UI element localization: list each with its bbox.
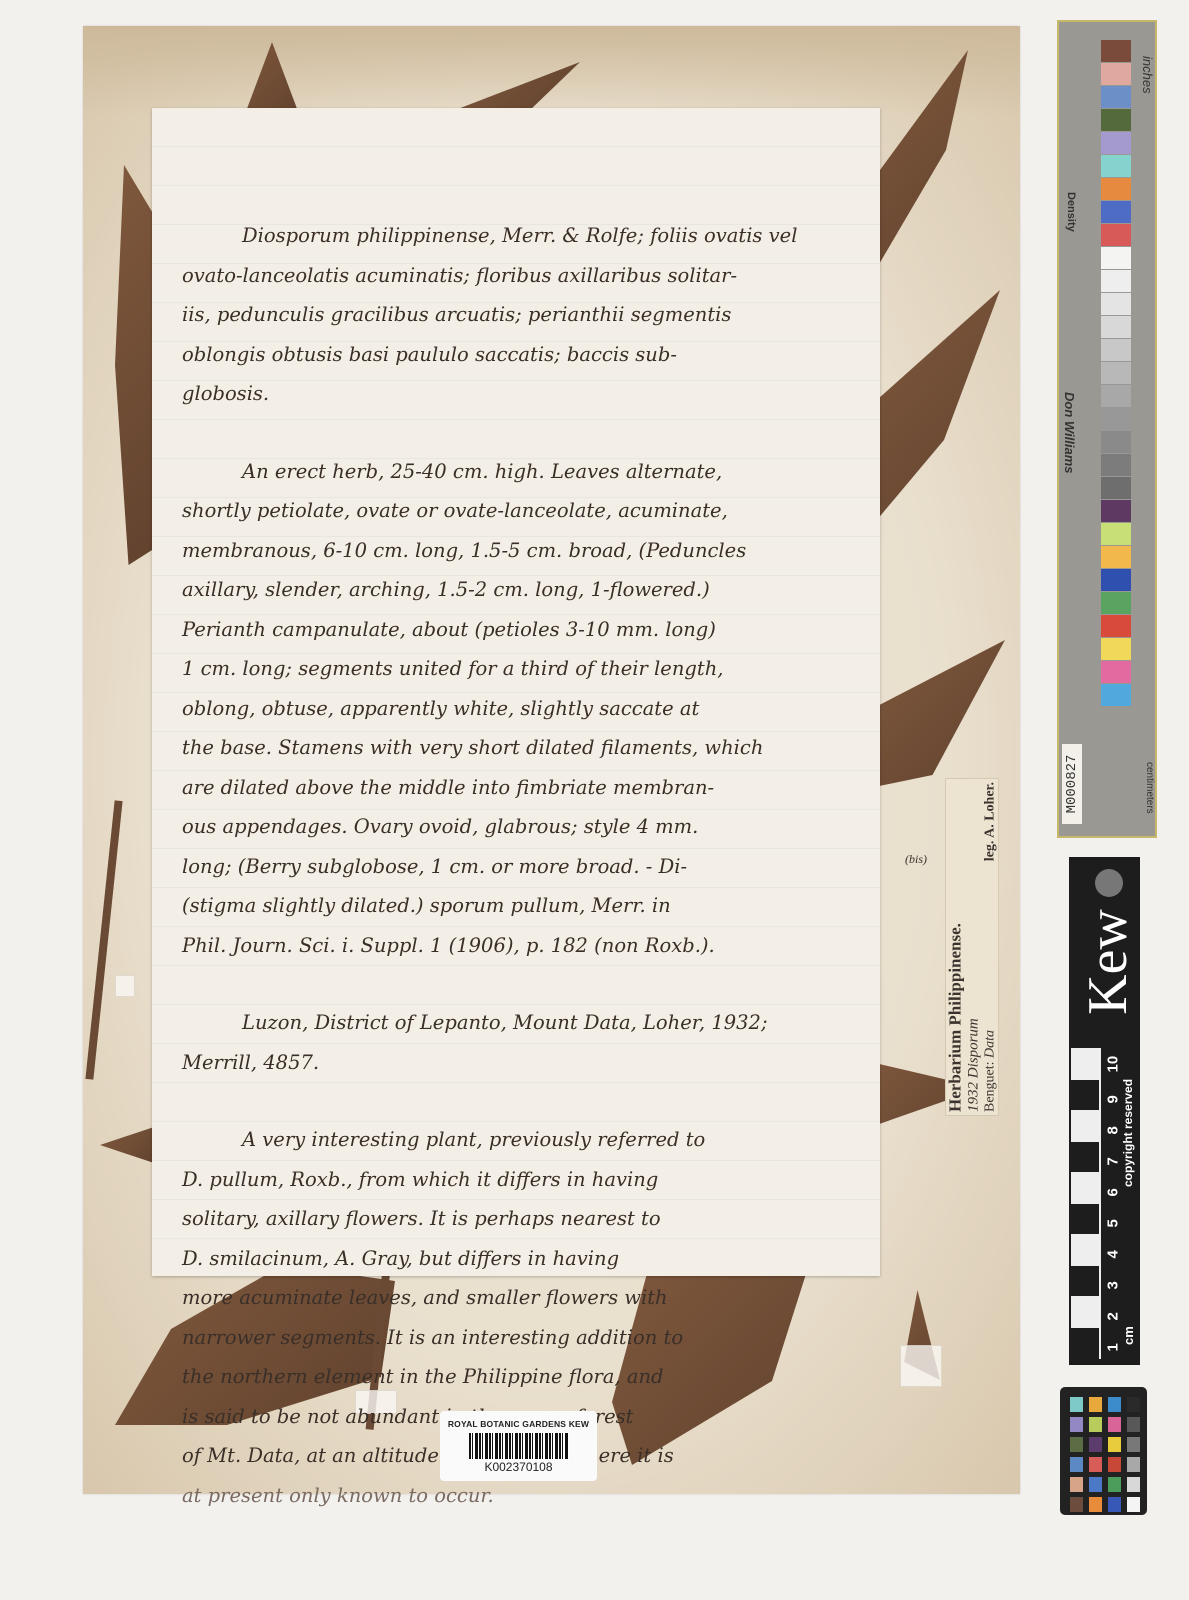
density-label: Density — [1065, 192, 1077, 232]
handwritten-note-paper: Diosporum philippinense, Merr. & Rolfe; … — [152, 108, 880, 1276]
note-line: iis, pedunculis gracilibus arcuatis; per… — [122, 295, 860, 335]
note-line: D. smilacinum, A. Gray, but differs in h… — [122, 1239, 860, 1279]
latin-diagnosis: Diosporum philippinense, Merr. & Rolfe; … — [182, 216, 860, 414]
scale-segment — [1071, 1172, 1101, 1204]
color-swatch — [1101, 523, 1131, 545]
barcode-icon — [469, 1433, 569, 1459]
mounting-tape — [115, 975, 135, 997]
color-chip — [1108, 1497, 1121, 1512]
note-line: Merrill, 4857. — [122, 1043, 860, 1083]
color-chip — [1127, 1497, 1140, 1512]
label-locality: Data — [983, 1030, 998, 1058]
scale-segment — [1071, 1203, 1101, 1235]
note-line: at present only known to occur. — [122, 1476, 860, 1516]
color-swatch — [1101, 477, 1131, 499]
color-chip — [1108, 1457, 1121, 1472]
color-chip — [1089, 1477, 1102, 1492]
color-swatch — [1101, 247, 1131, 269]
color-swatch — [1101, 270, 1131, 292]
color-swatch — [1101, 500, 1131, 522]
note-line: (stigma slightly dilated.) sporum pullum… — [122, 886, 860, 926]
note-line: Diosporum philippinense, Merr. & Rolfe; … — [182, 216, 860, 256]
color-swatch — [1101, 201, 1131, 223]
scale-segment — [1071, 1234, 1101, 1266]
color-swatch — [1101, 293, 1131, 315]
bis-annotation: (bis) — [905, 852, 927, 867]
color-swatch — [1101, 109, 1131, 131]
color-swatch — [1101, 155, 1131, 177]
color-chip — [1070, 1437, 1083, 1452]
scale-number: 6 — [1105, 1177, 1122, 1197]
note-line: solitary, axillary flowers. It is perhap… — [122, 1199, 860, 1239]
note-line: 1 cm. long; segments united for a third … — [122, 649, 860, 689]
scale-number: 10 — [1105, 1053, 1122, 1073]
note-line: axillary, slender, arching, 1.5-2 cm. lo… — [122, 570, 860, 610]
note-line: membranous, 6-10 cm. long, 1.5-5 cm. bro… — [122, 531, 860, 571]
color-swatch — [1101, 638, 1131, 660]
strip-id: M000827 — [1062, 744, 1082, 824]
english-description: An erect herb, 25-40 cm. high. Leaves al… — [182, 452, 860, 966]
color-swatch — [1101, 592, 1131, 614]
color-swatch — [1101, 86, 1131, 108]
scale-segment — [1071, 1327, 1101, 1359]
color-chip — [1089, 1397, 1102, 1412]
color-swatch — [1101, 546, 1131, 568]
color-chip — [1089, 1437, 1102, 1452]
label-collector: leg. A. Loher. — [983, 782, 999, 861]
color-chip — [1070, 1477, 1083, 1492]
color-swatch — [1101, 40, 1131, 62]
mounting-tape — [900, 1345, 942, 1387]
scale-number: 7 — [1105, 1146, 1122, 1166]
note-line: oblongis obtusis basi paululo saccatis; … — [122, 335, 860, 375]
color-swatch — [1101, 132, 1131, 154]
note-line: shortly petiolate, ovate or ovate-lanceo… — [122, 491, 860, 531]
color-swatch — [1101, 454, 1131, 476]
color-swatch — [1101, 615, 1131, 637]
kew-logo: Kew — [1083, 869, 1133, 1019]
color-swatch — [1101, 339, 1131, 361]
scale-number: 2 — [1105, 1301, 1122, 1321]
color-chip — [1070, 1397, 1083, 1412]
note-line: ous appendages. Ovary ovoid, glabrous; s… — [122, 807, 860, 847]
crest-icon — [1095, 869, 1123, 897]
color-swatch — [1101, 569, 1131, 591]
color-swatch — [1101, 385, 1131, 407]
note-line: globosis. — [122, 374, 860, 414]
scale-segment — [1071, 1296, 1101, 1328]
color-checker-card — [1060, 1387, 1147, 1515]
kew-brand: Kew — [1076, 909, 1140, 1015]
color-chip — [1108, 1477, 1121, 1492]
barcode-label: ROYAL BOTANIC GARDENS KEW K002370108 — [440, 1411, 597, 1481]
barcode-number: K002370108 — [440, 1460, 597, 1474]
institution-name: ROYAL BOTANIC GARDENS KEW — [440, 1419, 597, 1429]
color-chip — [1089, 1497, 1102, 1512]
centimeters-label: centimeters — [1144, 762, 1155, 814]
scale-segment — [1071, 1079, 1101, 1111]
color-chip — [1127, 1417, 1140, 1432]
scale-number: 9 — [1105, 1084, 1122, 1104]
color-swatch — [1101, 316, 1131, 338]
note-line: D. pullum, Roxb., from which it differs … — [122, 1160, 860, 1200]
color-swatch — [1101, 684, 1131, 706]
scale-segment — [1071, 1048, 1101, 1080]
color-reference-strip: inches Density Don Williams centimeters — [1057, 20, 1157, 838]
color-chip — [1127, 1477, 1140, 1492]
strip-id-text: M000827 — [1064, 755, 1080, 814]
note-line: long; (Berry subglobose, 1 cm. or more b… — [122, 847, 860, 887]
color-swatch — [1101, 63, 1131, 85]
color-swatch — [1101, 408, 1131, 430]
note-line: Perianth campanulate, about (petioles 3-… — [122, 610, 860, 650]
color-chip — [1108, 1397, 1121, 1412]
kew-scale-bar: Kew 12345678910 copyright reserved cm — [1069, 857, 1140, 1365]
scale-number: 1 — [1105, 1332, 1122, 1352]
note-line: are dilated above the middle into fimbri… — [122, 768, 860, 808]
scale-number: 3 — [1105, 1270, 1122, 1290]
note-line: Phil. Journ. Sci. i. Suppl. 1 (1906), p.… — [122, 926, 860, 966]
color-chip — [1070, 1417, 1083, 1432]
color-chip — [1108, 1437, 1121, 1452]
note-line: the northern element in the Philippine f… — [122, 1357, 860, 1397]
note-line: narrower segments. It is an interesting … — [122, 1318, 860, 1358]
color-chip — [1070, 1457, 1083, 1472]
note-line: A very interesting plant, previously ref… — [182, 1120, 860, 1160]
color-chip — [1108, 1417, 1121, 1432]
color-swatches — [1101, 40, 1131, 707]
inches-label: inches — [1140, 56, 1155, 94]
scale-segment — [1071, 1110, 1101, 1142]
scale-number: 4 — [1105, 1239, 1122, 1259]
color-chip — [1127, 1457, 1140, 1472]
brand-label: Don Williams — [1062, 392, 1077, 474]
color-chip — [1070, 1497, 1083, 1512]
color-chip — [1127, 1397, 1140, 1412]
note-line: Luzon, District of Lepanto, Mount Data, … — [182, 1003, 860, 1043]
note-line: the base. Stamens with very short dilate… — [122, 728, 860, 768]
sheet-shading — [83, 26, 1020, 116]
scale-number: 5 — [1105, 1208, 1122, 1228]
color-swatch — [1101, 661, 1131, 683]
copyright-text: copyright reserved — [1121, 1079, 1135, 1187]
color-swatch — [1101, 362, 1131, 384]
scale-segment — [1071, 1141, 1101, 1173]
color-chip — [1127, 1437, 1140, 1452]
note-line: ovato-lanceolatis acuminatis; floribus a… — [122, 256, 860, 296]
note-line: oblong, obtuse, apparently white, slight… — [122, 689, 860, 729]
note-line: more acuminate leaves, and smaller flowe… — [122, 1278, 860, 1318]
scale-number: 8 — [1105, 1115, 1122, 1135]
color-chip — [1089, 1417, 1102, 1432]
handwritten-note: Diosporum philippinense, Merr. & Rolfe; … — [182, 216, 860, 1553]
herbarium-label: Herbarium Philippinense. 1932 Disporum B… — [945, 778, 999, 1116]
label-locality-prefix: Benguet: — [983, 1061, 998, 1112]
color-swatch — [1101, 431, 1131, 453]
color-chip — [1089, 1457, 1102, 1472]
note-line: An erect herb, 25-40 cm. high. Leaves al… — [182, 452, 860, 492]
color-swatch — [1101, 178, 1131, 200]
locality-citation: Luzon, District of Lepanto, Mount Data, … — [182, 1003, 860, 1082]
label-title: Herbarium Philippinense. — [946, 923, 966, 1112]
unit-label: cm — [1121, 1326, 1136, 1345]
color-swatch — [1101, 224, 1131, 246]
label-number-genus: 1932 Disporum — [966, 782, 983, 1112]
scale-segment — [1071, 1265, 1101, 1297]
